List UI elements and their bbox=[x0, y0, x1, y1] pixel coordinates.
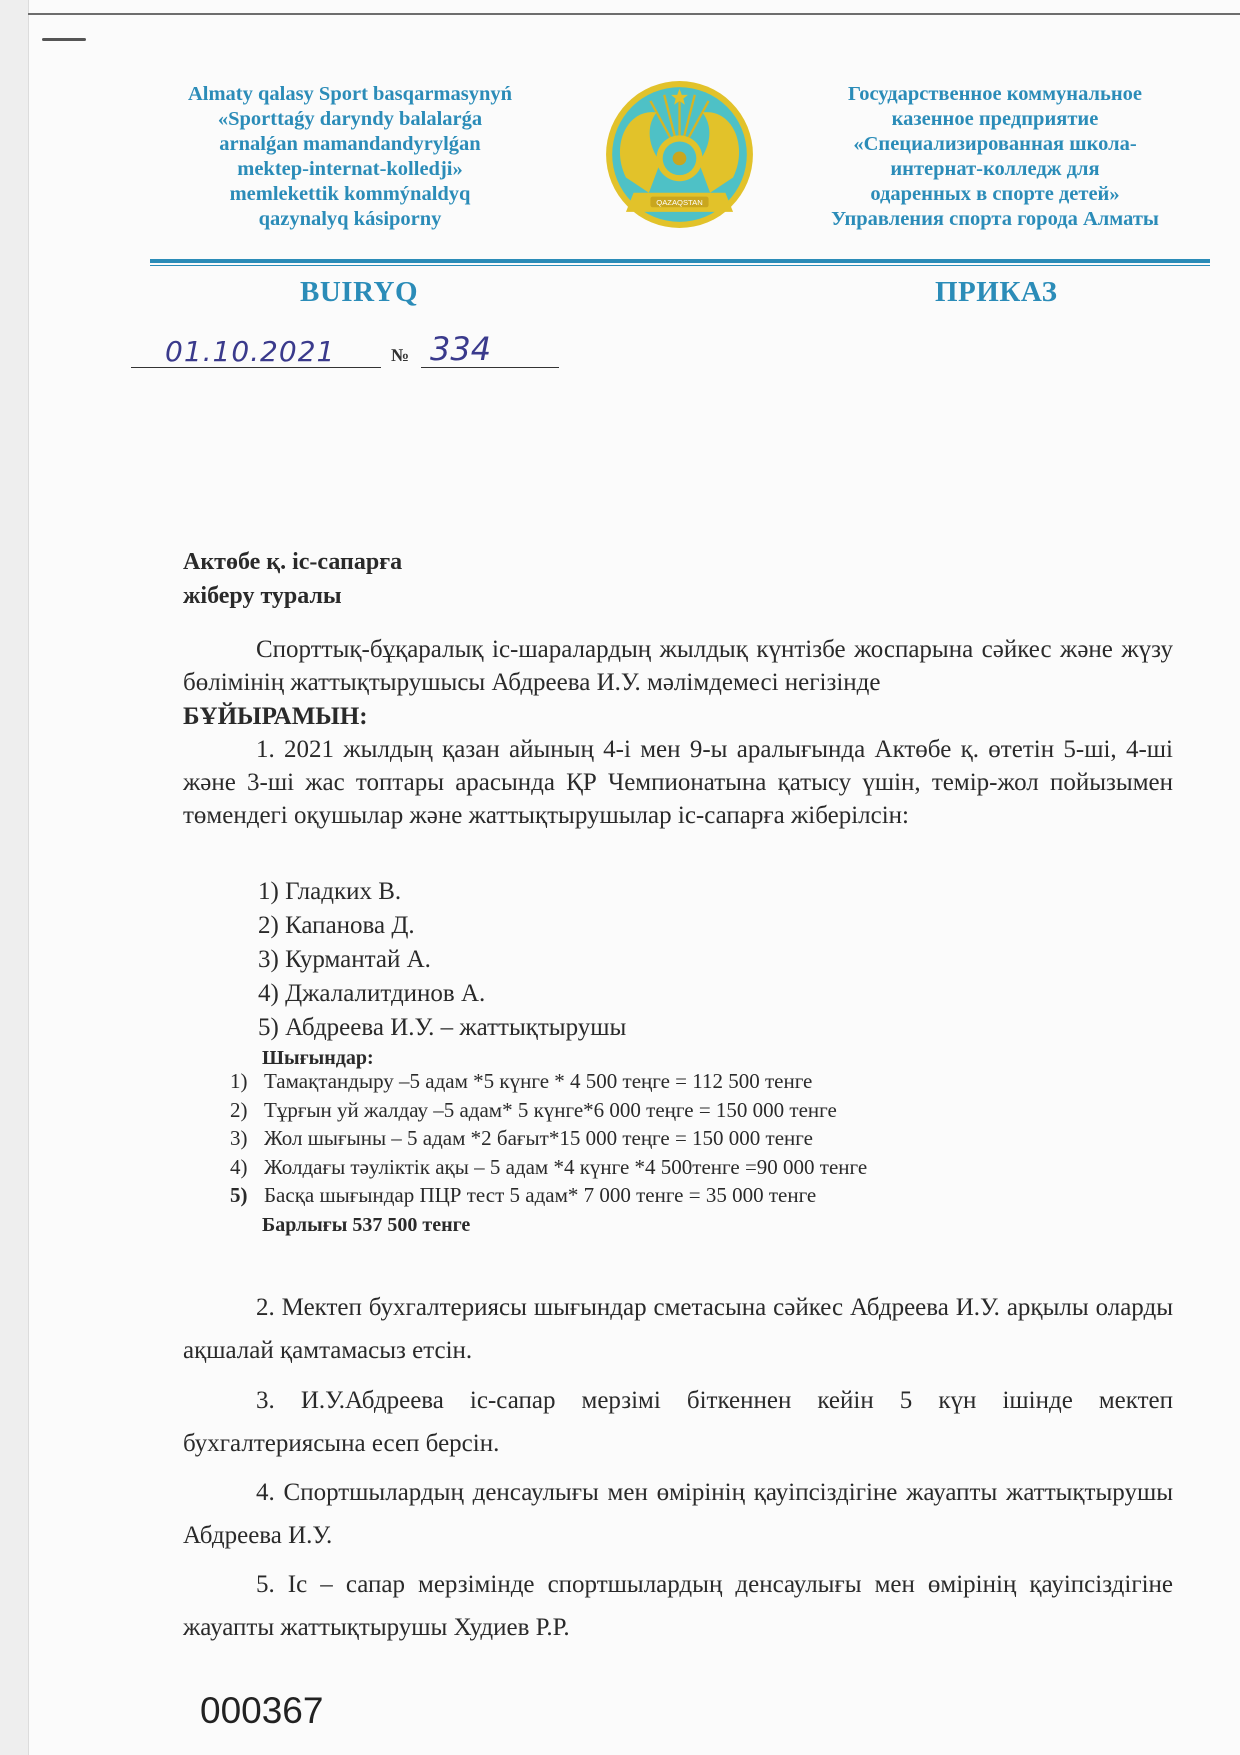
letterhead-line: qazynalyq kásiporny bbox=[150, 207, 550, 232]
expense-row: 3)Жол шығыны – 5 адам *2 бағыт*15 000 те… bbox=[230, 1124, 867, 1153]
expense-num: 1) bbox=[230, 1067, 264, 1096]
header-divider bbox=[150, 259, 1210, 263]
scan-top-edge bbox=[28, 13, 1240, 15]
letterhead-line: arnalǵan mamandandyrylǵan bbox=[150, 132, 550, 157]
staple-mark bbox=[42, 38, 86, 41]
header-divider-thin bbox=[150, 265, 1210, 266]
order-item-4: 4. Спортшылардың денсаулығы мен өмірінің… bbox=[183, 1471, 1173, 1557]
participant: 2) Капанова Д. bbox=[258, 909, 626, 943]
scan-left-edge bbox=[0, 0, 29, 1755]
date-underline bbox=[131, 367, 381, 368]
expense-num: 4) bbox=[230, 1153, 264, 1182]
order-item-5: 5. Іс – сапар мерзімінде спортшылардың д… bbox=[183, 1563, 1173, 1649]
expense-num: 3) bbox=[230, 1124, 264, 1153]
expense-text: Тұрғын уй жалдау –5 адам* 5 күнге*6 000 … bbox=[264, 1098, 837, 1122]
subject-line: Актөбе қ. іс-сапарға bbox=[183, 545, 402, 579]
serial-number: 000367 bbox=[200, 1690, 323, 1732]
svg-text:QAZAQSTAN: QAZAQSTAN bbox=[656, 198, 702, 207]
number-underline bbox=[421, 367, 559, 368]
expense-row: 1)Тамақтандыру –5 адам *5 күнге * 4 500 … bbox=[230, 1067, 867, 1096]
letterhead-line: казенное предприятие bbox=[780, 107, 1210, 132]
letterhead-line: memlekettik kommýnaldyq bbox=[150, 182, 550, 207]
number-sign: № bbox=[391, 345, 409, 366]
expense-num: 5) bbox=[230, 1181, 264, 1210]
kazakhstan-emblem-icon: QAZAQSTAN bbox=[603, 77, 756, 232]
order-item-1: 1. 2021 жылдың қазан айының 4-і мен 9-ы … bbox=[183, 733, 1173, 832]
subject-line: жіберу туралы bbox=[183, 579, 402, 613]
expense-text: Жол шығыны – 5 адам *2 бағыт*15 000 теңг… bbox=[264, 1126, 813, 1150]
letterhead-line: «Специализированная школа- bbox=[780, 132, 1210, 157]
doc-type-kazakh: BUIRYQ bbox=[300, 276, 418, 309]
expense-row: 2)Тұрғын уй жалдау –5 адам* 5 күнге*6 00… bbox=[230, 1096, 867, 1125]
expense-text: Тамақтандыру –5 адам *5 күнге * 4 500 те… bbox=[264, 1069, 812, 1093]
letterhead-line: Almaty qalasy Sport basqarmasynyń bbox=[150, 82, 550, 107]
letterhead-line: одаренных в спорте детей» bbox=[780, 182, 1210, 207]
order-word: БҰЙЫРАМЫН: bbox=[183, 700, 368, 733]
letterhead-line: mektep-internat-kolledji» bbox=[150, 157, 550, 182]
letterhead-line: Государственное коммунальное bbox=[780, 82, 1210, 107]
preamble: Спорттық-бұқаралық іс-шаралардың жылдық … bbox=[183, 633, 1173, 699]
expense-row: 4)Жолдағы тәуліктік ақы – 5 адам *4 күнг… bbox=[230, 1153, 867, 1182]
order-item-3: 3. И.У.Абдреева іс-сапар мерзімі біткенн… bbox=[183, 1379, 1173, 1465]
order-date: 01.10.2021 bbox=[165, 335, 335, 368]
expense-text: Басқа шығындар ПЦР тест 5 адам* 7 000 те… bbox=[264, 1183, 816, 1207]
participant: 4) Джалалитдинов А. bbox=[258, 977, 626, 1011]
doc-type-russian: ПРИКАЗ bbox=[935, 276, 1057, 309]
participant: 1) Гладких В. bbox=[258, 875, 626, 909]
participants-list: 1) Гладких В. 2) Капанова Д. 3) Курманта… bbox=[258, 875, 626, 1045]
expenses-list: 1)Тамақтандыру –5 адам *5 күнге * 4 500 … bbox=[230, 1067, 867, 1210]
letterhead-russian: Государственное коммунальное казенное пр… bbox=[780, 82, 1210, 232]
letterhead-line: Управления спорта города Алматы bbox=[780, 207, 1210, 232]
order-number: 334 bbox=[430, 330, 491, 368]
order-subject: Актөбе қ. іс-сапарға жіберу туралы bbox=[183, 545, 402, 613]
participant: 5) Абдреева И.У. – жаттықтырушы bbox=[258, 1011, 626, 1045]
letterhead-line: «Sporttaǵy daryndy balalarǵa bbox=[150, 107, 550, 132]
expenses-total: Барлығы 537 500 тенге bbox=[262, 1214, 470, 1237]
expense-text: Жолдағы тәуліктік ақы – 5 адам *4 күнге … bbox=[264, 1155, 867, 1179]
participant: 3) Курмантай А. bbox=[258, 943, 626, 977]
expense-row: 5)Басқа шығындар ПЦР тест 5 адам* 7 000 … bbox=[230, 1181, 867, 1210]
expense-num: 2) bbox=[230, 1096, 264, 1125]
order-item-2: 2. Мектеп бухгалтериясы шығындар сметасы… bbox=[183, 1286, 1173, 1372]
letterhead-line: интернат-колледж для bbox=[780, 157, 1210, 182]
letterhead-kazakh: Almaty qalasy Sport basqarmasynyń «Sport… bbox=[150, 82, 550, 232]
